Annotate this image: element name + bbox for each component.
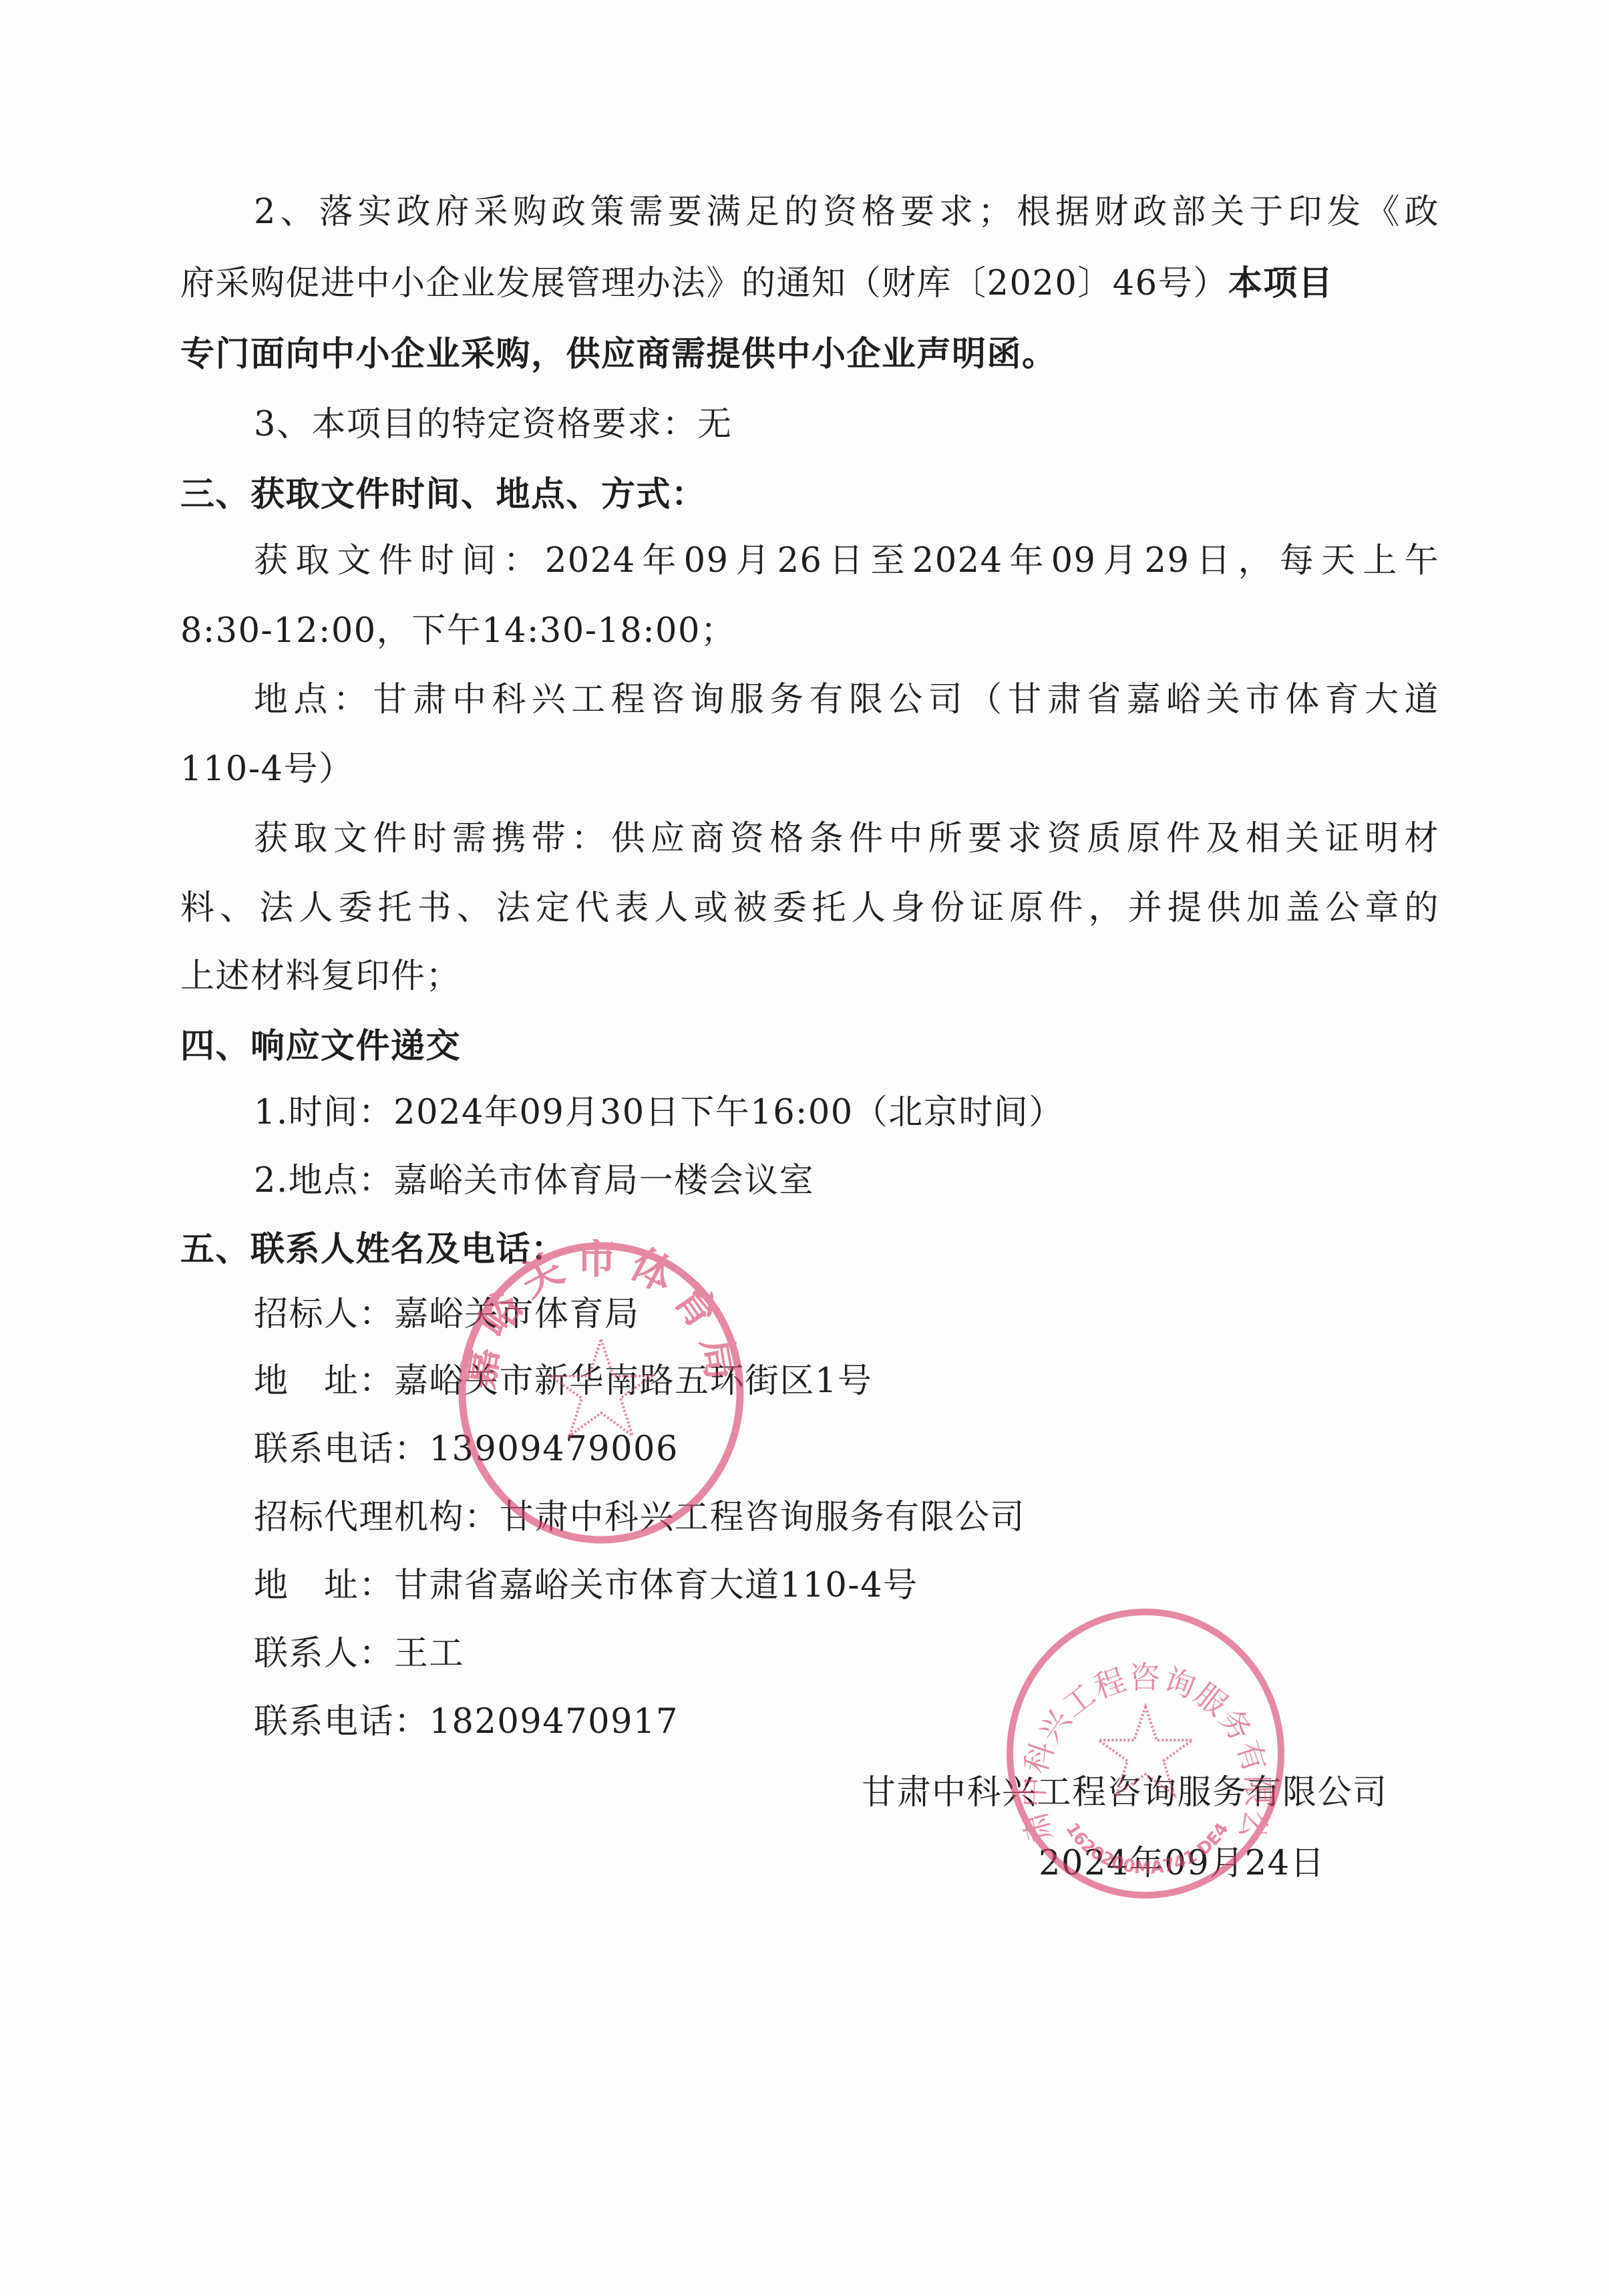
paragraph-2-line-2-regular: 府采购促进中小企业发展管理办法》的通知（财库〔2020〕46号） [180,264,1228,303]
section-3-bring-line-2: 料、法人委托书、法定代表人或被委托人身份证原件，并提供加盖公章的 [180,874,1439,943]
agency-address-label: 地 址： [254,1566,394,1605]
paragraph-2-line-2: 府采购促进中小企业发展管理办法》的通知（财库〔2020〕46号）本项目 [180,249,1439,318]
paragraph-2-line-3-bold: 专门面向中小企业采购，供应商需提供中小企业声明函。 [180,319,1439,389]
section-4-heading: 四、响应文件递交 [180,1011,1439,1081]
agency-contact-value: 王工 [394,1634,464,1673]
tenderer-label: 招标人： [254,1295,394,1334]
agency-label: 招标代理机构： [254,1498,500,1537]
tenderer-row: 招标人：嘉峪关市体育局 [180,1280,1439,1349]
section-3-time-line-2: 8:30-12:00，下午14:30-18:00； [180,597,1439,666]
agency-address-row: 地 址：甘肃省嘉峪关市体育大道110-4号 [180,1551,1439,1621]
signature-date: 2024年09月24日 [1039,1829,1325,1899]
agency-phone-label: 联系电话： [254,1702,429,1742]
section-3-bring-line-1: 获取文件时需携带：供应商资格条件中所要求资质原件及相关证明材 [180,804,1439,874]
tenderer-phone-label: 联系电话： [254,1430,429,1469]
section-5-heading: 五、联系人姓名及电话： [180,1214,1439,1284]
agency-value: 甘肃中科兴工程咨询服务有限公司 [500,1498,1026,1537]
section-3-heading: 三、获取文件时间、地点、方式： [180,460,1439,529]
tenderer-phone-row: 联系电话：13909479006 [180,1415,1439,1484]
section-3-place-line-2: 110-4号） [180,735,1439,804]
agency-phone-row: 联系电话：18209470917 [180,1687,1439,1757]
agency-contact-row: 联系人：王工 [180,1619,1439,1689]
paragraph-2-line-1: 2、落实政府采购政策需要满足的资格要求；根据财政部关于印发《政 [180,178,1439,247]
agency-address-value: 甘肃省嘉峪关市体育大道110-4号 [394,1566,918,1605]
tenderer-value: 嘉峪关市体育局 [394,1295,640,1334]
paragraph-3: 3、本项目的特定资格要求：无 [180,390,1439,460]
tenderer-phone-value: 13909479006 [429,1430,679,1469]
section-4-item-1: 1.时间：2024年09月30日下午16:00（北京时间） [180,1078,1439,1148]
agency-row: 招标代理机构：甘肃中科兴工程咨询服务有限公司 [180,1483,1439,1552]
section-4-item-2: 2.地点：嘉峪关市体育局一楼会议室 [180,1146,1439,1216]
tenderer-address-label: 地 址： [254,1361,394,1401]
agency-phone-value: 18209470917 [429,1702,679,1742]
agency-contact-label: 联系人： [254,1634,394,1673]
section-3-bring-line-3: 上述材料复印件； [180,942,1439,1011]
section-3-place-line-1: 地点：甘肃中科兴工程咨询服务有限公司（甘肃省嘉峪关市体育大道 [180,665,1439,735]
paragraph-2-line-2-bold: 本项目 [1228,263,1334,303]
document-page: 2、落实政府采购政策需要满足的资格要求；根据财政部关于印发《政 府采购促进中小企… [0,0,1609,2296]
section-3-time-line-1: 获取文件时间：2024年09月26日至2024年09月29日，每天上午 [180,526,1439,596]
signature-company: 甘肃中科兴工程咨询服务有限公司 [862,1758,1388,1828]
tenderer-address-row: 地 址：嘉峪关市新华南路五环街区1号 [180,1347,1439,1416]
tenderer-address-value: 嘉峪关市新华南路五环街区1号 [394,1361,872,1401]
